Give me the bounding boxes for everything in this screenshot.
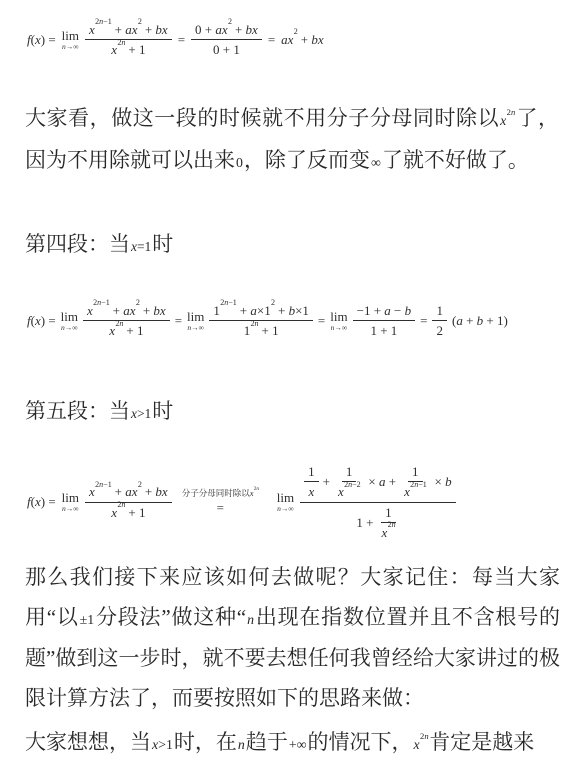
text-run: 了就不好做了。 [382, 148, 529, 172]
formula-2-result: (a + b + 1) [452, 313, 508, 329]
limit-operator: lim n→∞ [277, 491, 294, 513]
text-run: 肯定是越来 [429, 730, 534, 754]
big-fraction-denominator: 1 + 1 x2n [352, 503, 403, 541]
fraction-numerator: 0 + ax2 + bx [191, 22, 262, 40]
paragraph-explanation-2: 那么我们接下来应该如何去做呢？大家记住：每当大家用“以±1分段法”做这种“n出现… [25, 558, 560, 718]
section-heading-4: 第四段：当x=1时 [25, 228, 173, 258]
equals-sign: = [217, 500, 224, 516]
times-b: × b [434, 474, 451, 489]
document-page: f(x) = lim n→∞ x2n−1 + ax2 + bx x2n + 1 … [0, 0, 583, 767]
equals-sign: = [318, 313, 325, 329]
inline-math: n [246, 612, 255, 627]
inline-math: x2n [499, 113, 516, 128]
limit-label: lim [62, 29, 79, 43]
text-run: 时 [152, 232, 173, 256]
inline-math: x2n [413, 737, 430, 752]
fraction-denominator: x [304, 482, 318, 499]
text-run: 大家想想，当 [25, 730, 151, 754]
equals-annotation: 分子分母同时除以x2n [182, 488, 259, 499]
limit-operator: lim n→∞ [62, 491, 79, 513]
limit-subscript: n→∞ [331, 324, 348, 332]
limit-label: lim [187, 310, 204, 324]
fraction-denominator: 0 + 1 [209, 40, 244, 57]
fraction: 1 x2n−2 [334, 464, 364, 500]
fraction-denominator: x2n−1 [400, 482, 430, 499]
fraction-numerator: x2n−1 + ax2 + bx [83, 303, 170, 321]
times-a-plus: × a + [368, 474, 396, 489]
fraction-denominator: x2n + 1 [107, 503, 149, 520]
equals-sign: = [175, 313, 182, 329]
equals-sign: = [420, 313, 427, 329]
formula-1-result: ax2 + bx [281, 32, 323, 48]
text-run: 的情况下， [308, 730, 413, 754]
fraction-numerator: 1 [432, 303, 447, 321]
fraction-numerator: x2n−1 + ax2 + bx [85, 484, 172, 502]
limit-operator: lim n→∞ [330, 310, 347, 332]
fraction-numerator: 12n−1 + a×12 + b×1 [209, 303, 313, 321]
text-run: 趋于 [246, 730, 288, 754]
fraction-denominator: x2n−2 [334, 482, 364, 499]
annotated-equals: 分子分母同时除以x2n = [182, 488, 259, 516]
fraction-numerator: −1 + a − b [353, 303, 416, 321]
limit-subscript: n→∞ [277, 505, 294, 513]
fraction: x2n−1 + ax2 + bx x2n + 1 [83, 303, 170, 339]
limit-label: lim [330, 310, 347, 324]
formula-3-lhs: f(x) = [27, 494, 56, 510]
inline-math: ±1 [79, 612, 96, 627]
one-plus: 1 + [356, 515, 373, 530]
limit-subscript: n→∞ [187, 324, 204, 332]
text-run: 第四段：当 [25, 232, 130, 256]
limit-subscript: n→∞ [61, 324, 78, 332]
section-heading-5: 第五段：当x>1时 [25, 395, 173, 425]
inline-math: 0 [235, 155, 244, 170]
formula-2: f(x) = lim n→∞ x2n−1 + ax2 + bx x2n + 1 … [27, 303, 508, 339]
limit-label: lim [62, 491, 79, 505]
formula-2-lhs: f(x) = [27, 313, 56, 329]
limit-subscript: n→∞ [62, 43, 79, 51]
fraction: x2n−1 + ax2 + bx x2n + 1 [85, 484, 172, 520]
plus-sign: + [323, 474, 330, 489]
fraction: −1 + a − b 1 + 1 [353, 303, 416, 339]
fraction-denominator: 1 + 1 [366, 321, 401, 338]
fraction-one-half: 1 2 [432, 303, 447, 339]
inline-math: x>1 [130, 406, 152, 421]
fraction: 1 x [304, 464, 319, 500]
text-run: ，除了反而变 [244, 148, 370, 172]
formula-1-lhs: f(x) = [27, 32, 56, 48]
formula-1: f(x) = lim n→∞ x2n−1 + ax2 + bx x2n + 1 … [27, 22, 324, 58]
fraction-denominator: x2n + 1 [105, 321, 147, 338]
big-fraction-numerator: 1 x + 1 x2n−2 × a + 1 x2n−1 × b [300, 464, 455, 503]
inline-math: +∞ [288, 737, 308, 752]
inline-math: x>1 [151, 737, 174, 752]
limit-label: lim [277, 491, 294, 505]
paragraph-explanation-3: 大家想想，当x>1时，在n趋于+∞的情况下，x2n肯定是越来 [25, 723, 575, 765]
text-run: 大家看，做这一段的时候就不用分子分母同时除以 [25, 106, 499, 130]
fraction-denominator: x2n + 1 [107, 40, 149, 57]
inline-math: x=1 [130, 239, 152, 254]
fraction-denominator: 12n + 1 [240, 321, 283, 338]
fraction: 1 x2n−1 [400, 464, 430, 500]
inline-math: ∞ [370, 155, 382, 170]
text-run: 分段法”做这种“ [95, 605, 246, 629]
limit-subscript: n→∞ [62, 505, 79, 513]
big-fraction: 1 x + 1 x2n−2 × a + 1 x2n−1 × b 1 + 1 [300, 464, 455, 540]
limit-operator: lim n→∞ [61, 310, 78, 332]
paragraph-explanation-1: 大家看，做这一段的时候就不用分子分母同时除以x2n了，因为不用除就可以出来0，除… [25, 99, 559, 182]
fraction: x2n−1 + ax2 + bx x2n + 1 [85, 22, 172, 58]
equals-sign: = [268, 32, 275, 48]
fraction-numerator: 1 [304, 464, 319, 482]
limit-label: lim [61, 310, 78, 324]
fraction: 0 + ax2 + bx 0 + 1 [191, 22, 262, 58]
limit-operator: lim n→∞ [187, 310, 204, 332]
formula-3: f(x) = lim n→∞ x2n−1 + ax2 + bx x2n + 1 … [27, 464, 456, 540]
fraction-numerator: x2n−1 + ax2 + bx [85, 22, 172, 40]
fraction: 1 x2n [377, 505, 399, 541]
limit-operator: lim n→∞ [62, 29, 79, 51]
text-run: 第五段：当 [25, 399, 130, 423]
fraction-denominator: x2n [377, 523, 399, 540]
equals-sign: = [178, 32, 185, 48]
fraction-denominator: 2 [432, 321, 447, 338]
text-run: 时 [152, 399, 173, 423]
inline-math: n [237, 737, 246, 752]
fraction: 12n−1 + a×12 + b×1 12n + 1 [209, 303, 313, 339]
text-run: 时，在 [174, 730, 237, 754]
